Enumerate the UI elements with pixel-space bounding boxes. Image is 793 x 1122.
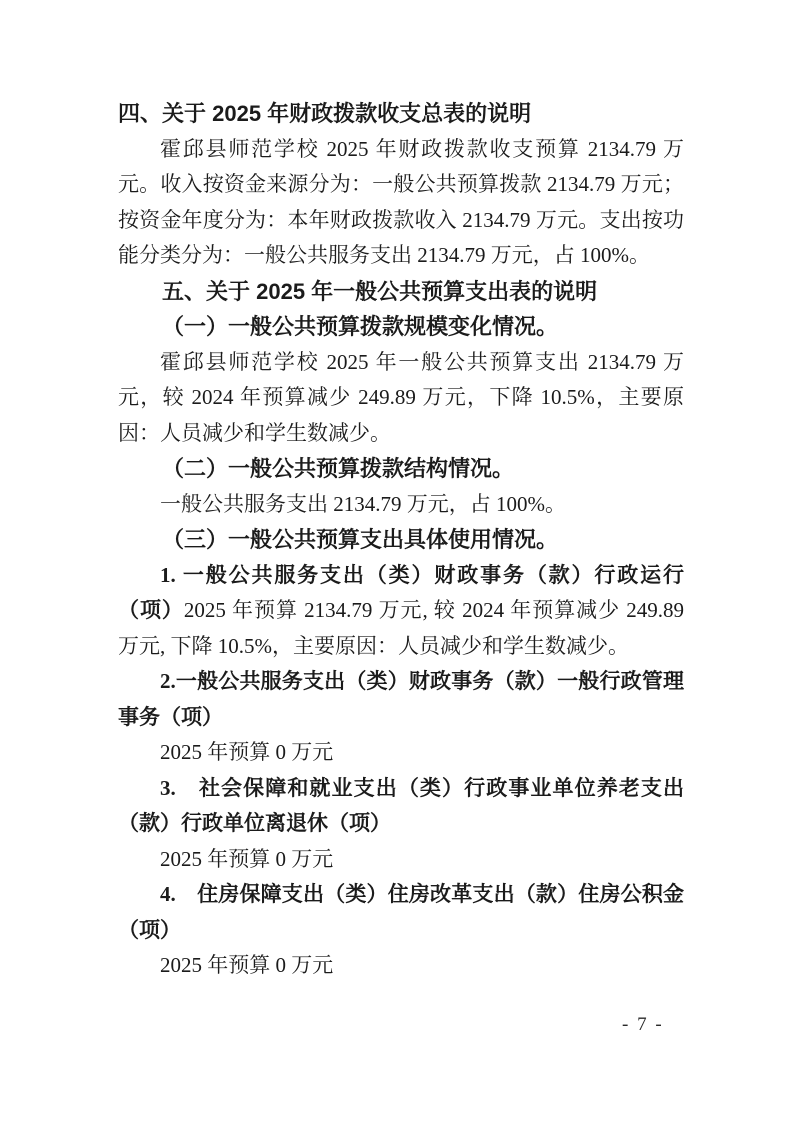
expense-item-4-budget: 2025 年预算 0 万元 — [118, 948, 684, 984]
expense-item-2-budget: 2025 年预算 0 万元 — [118, 735, 684, 771]
para-expense-item-1: 1. 一般公共服务支出（类）财政事务（款）行政运行（项）2025 年预算 213… — [118, 558, 684, 665]
subsection-heading-3: （三）一般公共预算支出具体使用情况。 — [118, 522, 684, 558]
expense-item-2-heading: 2.一般公共服务支出（类）财政事务（款）一般行政管理事务（项） — [118, 664, 684, 735]
para-fiscal-appropriation-summary: 霍邱县师范学校 2025 年财政拨款收支预算 2134.79 万元。收入按资金来… — [118, 132, 684, 274]
expense-item-3-heading: 3. 社会保障和就业支出（类）行政事业单位养老支出（款）行政单位离退休（项） — [118, 771, 684, 842]
expense-item-4-heading: 4. 住房保障支出（类）住房改革支出（款）住房公积金（项） — [118, 877, 684, 948]
document-page: 四、关于 2025 年财政拨款收支总表的说明 霍邱县师范学校 2025 年财政拨… — [0, 0, 793, 1122]
page-number: - 7 - — [622, 1014, 664, 1036]
section-heading-iv: 四、关于 2025 年财政拨款收支总表的说明 — [118, 96, 684, 132]
expense-item-1-detail: 2025 年预算 2134.79 万元, 较 2024 年预算减少 249.89… — [118, 598, 684, 658]
subsection-heading-2: （二）一般公共预算拨款结构情况。 — [118, 451, 684, 487]
section-heading-v: 五、关于 2025 年一般公共预算支出表的说明 — [118, 274, 684, 310]
expense-item-3-budget: 2025 年预算 0 万元 — [118, 842, 684, 878]
para-budget-structure: 一般公共服务支出 2134.79 万元，占 100%。 — [118, 487, 684, 523]
para-budget-scale-change: 霍邱县师范学校 2025 年一般公共预算支出 2134.79 万元，较 2024… — [118, 345, 684, 452]
subsection-heading-1: （一）一般公共预算拨款规模变化情况。 — [118, 309, 684, 345]
document-content: 四、关于 2025 年财政拨款收支总表的说明 霍邱县师范学校 2025 年财政拨… — [118, 96, 684, 984]
